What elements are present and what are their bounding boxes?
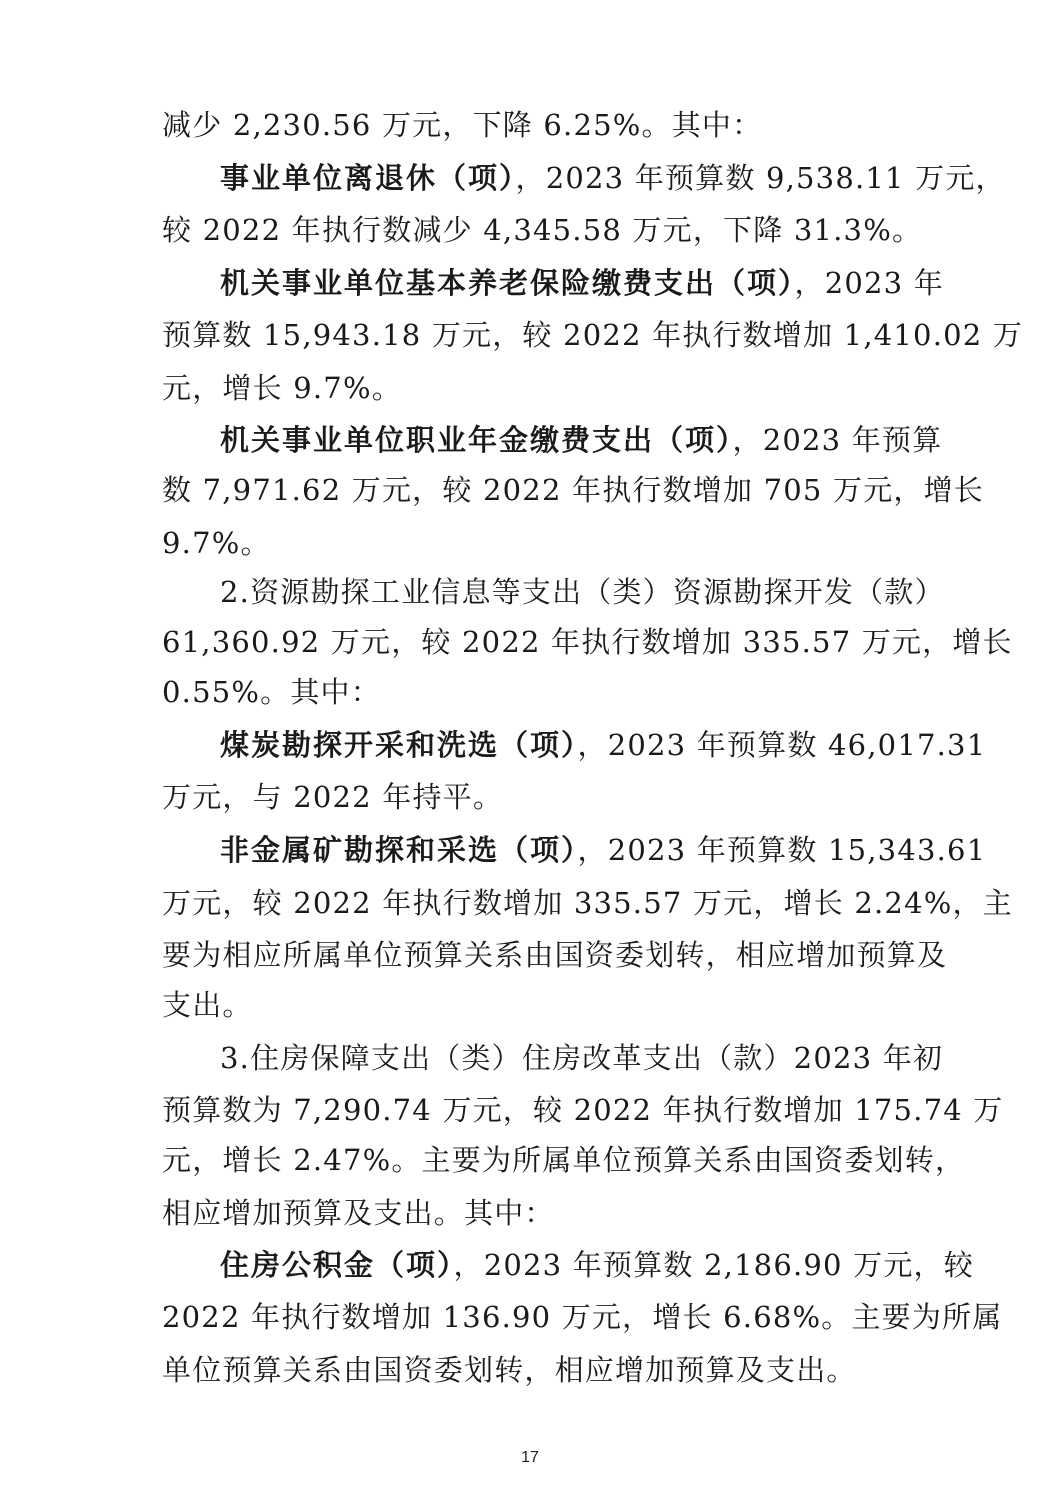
item-heading: 非金属矿勘探和采选（项） <box>220 833 578 867</box>
item-heading: 住房公积金（项） <box>220 1248 454 1282</box>
text-line: 61,360.92 万元，较 2022 年执行数增加 335.57 万元，增长 <box>162 622 900 662</box>
text-run: 0.55%。其中： <box>162 675 381 709</box>
text-line: 减少 2,230.56 万元，下降 6.25%。其中： <box>162 105 900 145</box>
text-line: 万元，较 2022 年执行数增加 335.57 万元，增长 2.24%，主 <box>162 883 900 923</box>
text-run: 元，增长 9.7%。 <box>162 371 402 405</box>
text-line: 要为相应所属单位预算关系由国资委划转，相应增加预算及 <box>162 935 900 975</box>
item-heading: 机关事业单位基本养老保险缴费支出（项） <box>220 266 795 300</box>
text-line: 预算数为 7,290.74 万元，较 2022 年执行数增加 175.74 万 <box>162 1090 900 1130</box>
text-line: 0.55%。其中： <box>162 672 900 712</box>
text-run: 减少 2,230.56 万元，下降 6.25%。其中： <box>162 108 762 142</box>
text-line: 支出。 <box>162 985 900 1025</box>
text-run: 万元，与 2022 年持平。 <box>162 780 503 814</box>
paragraph-start-line: 事业单位离退休（项），2023 年预算数 9,538.11 万元， <box>220 158 900 198</box>
item-heading: 煤炭勘探开采和洗选（项） <box>220 728 578 762</box>
text-run: 2022 年执行数增加 136.90 万元，增长 6.68%。主要为所属 <box>162 1300 1002 1334</box>
section-heading-line: 3.住房保障支出（类）住房改革支出（款）2023 年初 <box>220 1038 900 1078</box>
text-run: ，2023 年 <box>795 266 944 300</box>
paragraph-start-line: 机关事业单位职业年金缴费支出（项），2023 年预算 <box>220 420 900 460</box>
text-run: 9.7%。 <box>162 526 271 560</box>
item-heading: 机关事业单位职业年金缴费支出（项） <box>220 423 733 457</box>
text-line: 单位预算关系由国资委划转，相应增加预算及支出。 <box>162 1350 900 1390</box>
text-run: ，2023 年预算数 15,343.61 <box>578 833 987 867</box>
text-line: 元，增长 9.7%。 <box>162 368 900 408</box>
text-run: 较 2022 年执行数减少 4,345.58 万元，下降 31.3%。 <box>162 213 922 247</box>
document-page: 减少 2,230.56 万元，下降 6.25%。其中： 事业单位离退休（项），2… <box>0 0 1060 1500</box>
section-heading: 2.资源勘探工业信息等支出（类）资源勘探开发（款） <box>220 575 945 609</box>
text-line: 预算数 15,943.18 万元，较 2022 年执行数增加 1,410.02 … <box>162 315 900 355</box>
section-heading-line: 2.资源勘探工业信息等支出（类）资源勘探开发（款） <box>220 572 900 612</box>
text-run: 万元，较 2022 年执行数增加 335.57 万元，增长 2.24%，主 <box>162 886 1013 920</box>
text-run: ，2023 年预算数 46,017.31 <box>578 728 987 762</box>
text-run: 相应增加预算及支出。其中： <box>162 1196 555 1230</box>
section-heading: 3.住房保障支出（类）住房改革支出（款）2023 年初 <box>220 1041 943 1075</box>
text-run: 61,360.92 万元，较 2022 年执行数增加 335.57 万元，增长 <box>162 625 1013 659</box>
text-line: 万元，与 2022 年持平。 <box>162 777 900 817</box>
paragraph-start-line: 非金属矿勘探和采选（项），2023 年预算数 15,343.61 <box>220 830 900 870</box>
text-line: 较 2022 年执行数减少 4,345.58 万元，下降 31.3%。 <box>162 210 900 250</box>
text-run: ，2023 年预算数 9,538.11 万元， <box>516 161 1006 195</box>
text-line: 相应增加预算及支出。其中： <box>162 1193 900 1233</box>
item-heading: 事业单位离退休（项） <box>220 161 516 195</box>
text-run: 要为相应所属单位预算关系由国资委划转，相应增加预算及 <box>162 938 947 972</box>
text-run: 元，增长 2.47%。主要为所属单位预算关系由国资委划转， <box>162 1143 965 1177</box>
paragraph-start-line: 机关事业单位基本养老保险缴费支出（项），2023 年 <box>220 263 900 303</box>
paragraph-start-line: 煤炭勘探开采和洗选（项），2023 年预算数 46,017.31 <box>220 725 900 765</box>
text-run: 支出。 <box>162 988 253 1022</box>
text-line: 9.7%。 <box>162 523 900 563</box>
text-run: 预算数为 7,290.74 万元，较 2022 年执行数增加 175.74 万 <box>162 1093 1004 1127</box>
paragraph-start-line: 住房公积金（项），2023 年预算数 2,186.90 万元，较 <box>220 1245 900 1285</box>
text-run: 预算数 15,943.18 万元，较 2022 年执行数增加 1,410.02 … <box>162 318 1023 352</box>
page-number: 17 <box>0 1449 1060 1467</box>
text-run: 单位预算关系由国资委划转，相应增加预算及支出。 <box>162 1353 857 1387</box>
text-run: ，2023 年预算 <box>733 423 943 457</box>
text-run: ，2023 年预算数 2,186.90 万元，较 <box>454 1248 974 1282</box>
text-line: 数 7,971.62 万元，较 2022 年执行数增加 705 万元，增长 <box>162 470 900 510</box>
text-line: 元，增长 2.47%。主要为所属单位预算关系由国资委划转， <box>162 1140 900 1180</box>
text-line: 2022 年执行数增加 136.90 万元，增长 6.68%。主要为所属 <box>162 1297 900 1337</box>
text-run: 数 7,971.62 万元，较 2022 年执行数增加 705 万元，增长 <box>162 473 984 507</box>
